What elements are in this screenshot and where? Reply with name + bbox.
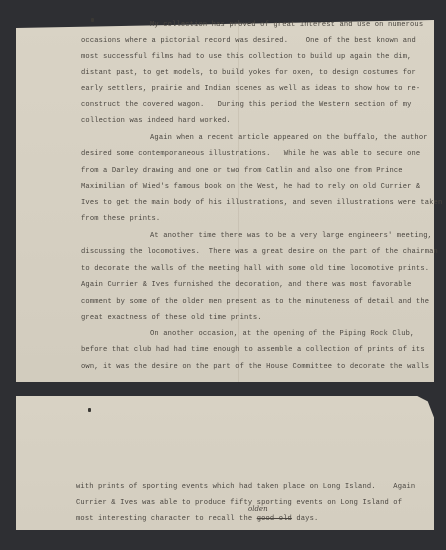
text-segment: days. — [292, 515, 318, 523]
paper-pin-mark — [91, 18, 94, 22]
text-line: Maximilian of Wied's famous book on the … — [81, 182, 420, 192]
paper-pin-mark — [88, 408, 91, 412]
text-line: Ives to get the main body of his illustr… — [81, 198, 442, 208]
text-line: collection was indeed hard worked. — [81, 116, 231, 126]
text-line: from these prints. — [81, 214, 160, 224]
text-line: My collection has proved of great intere… — [150, 20, 423, 30]
text-line: most successful films had to use this co… — [81, 52, 412, 62]
text-line: with prints of sporting events which had… — [76, 482, 415, 492]
text-line: comment by some of the older men present… — [81, 297, 429, 307]
text-line: construct the covered wagon. During this… — [81, 100, 412, 110]
text-line-final: most interesting character to recall the… — [76, 514, 318, 524]
text-line: great exactness of these old time prints… — [81, 313, 262, 323]
document-page-bottom — [16, 396, 434, 530]
struck-text: good old — [257, 515, 292, 523]
text-line: own, it was the desire on the part of th… — [81, 362, 429, 372]
text-segment: most interesting character to recall the — [76, 515, 257, 523]
text-line: Again when a recent article appeared on … — [150, 133, 428, 143]
text-line: At another time there was to be a very l… — [150, 231, 432, 241]
text-line: distant past, to get models, to build yo… — [81, 68, 416, 78]
text-line: from a Darley drawing and one or two fro… — [81, 166, 403, 176]
text-line: occasions where a pictorial record was d… — [81, 36, 416, 46]
text-line: early settlers, prairie and Indian scene… — [81, 84, 420, 94]
text-line: desired some contemporaneous illustratio… — [81, 149, 420, 159]
text-line: discussing the locomotives. There was a … — [81, 247, 438, 257]
text-line: to decorate the walls of the meeting hal… — [81, 264, 429, 274]
text-line: Currier & Ives was able to produce fifty… — [76, 498, 402, 508]
text-line: On another occasion, at the opening of t… — [150, 329, 414, 339]
handwritten-insertion: olden — [248, 505, 268, 513]
text-line: before that club had had time enough to … — [81, 345, 425, 355]
text-line: Again Currier & Ives furnished the decor… — [81, 280, 412, 290]
